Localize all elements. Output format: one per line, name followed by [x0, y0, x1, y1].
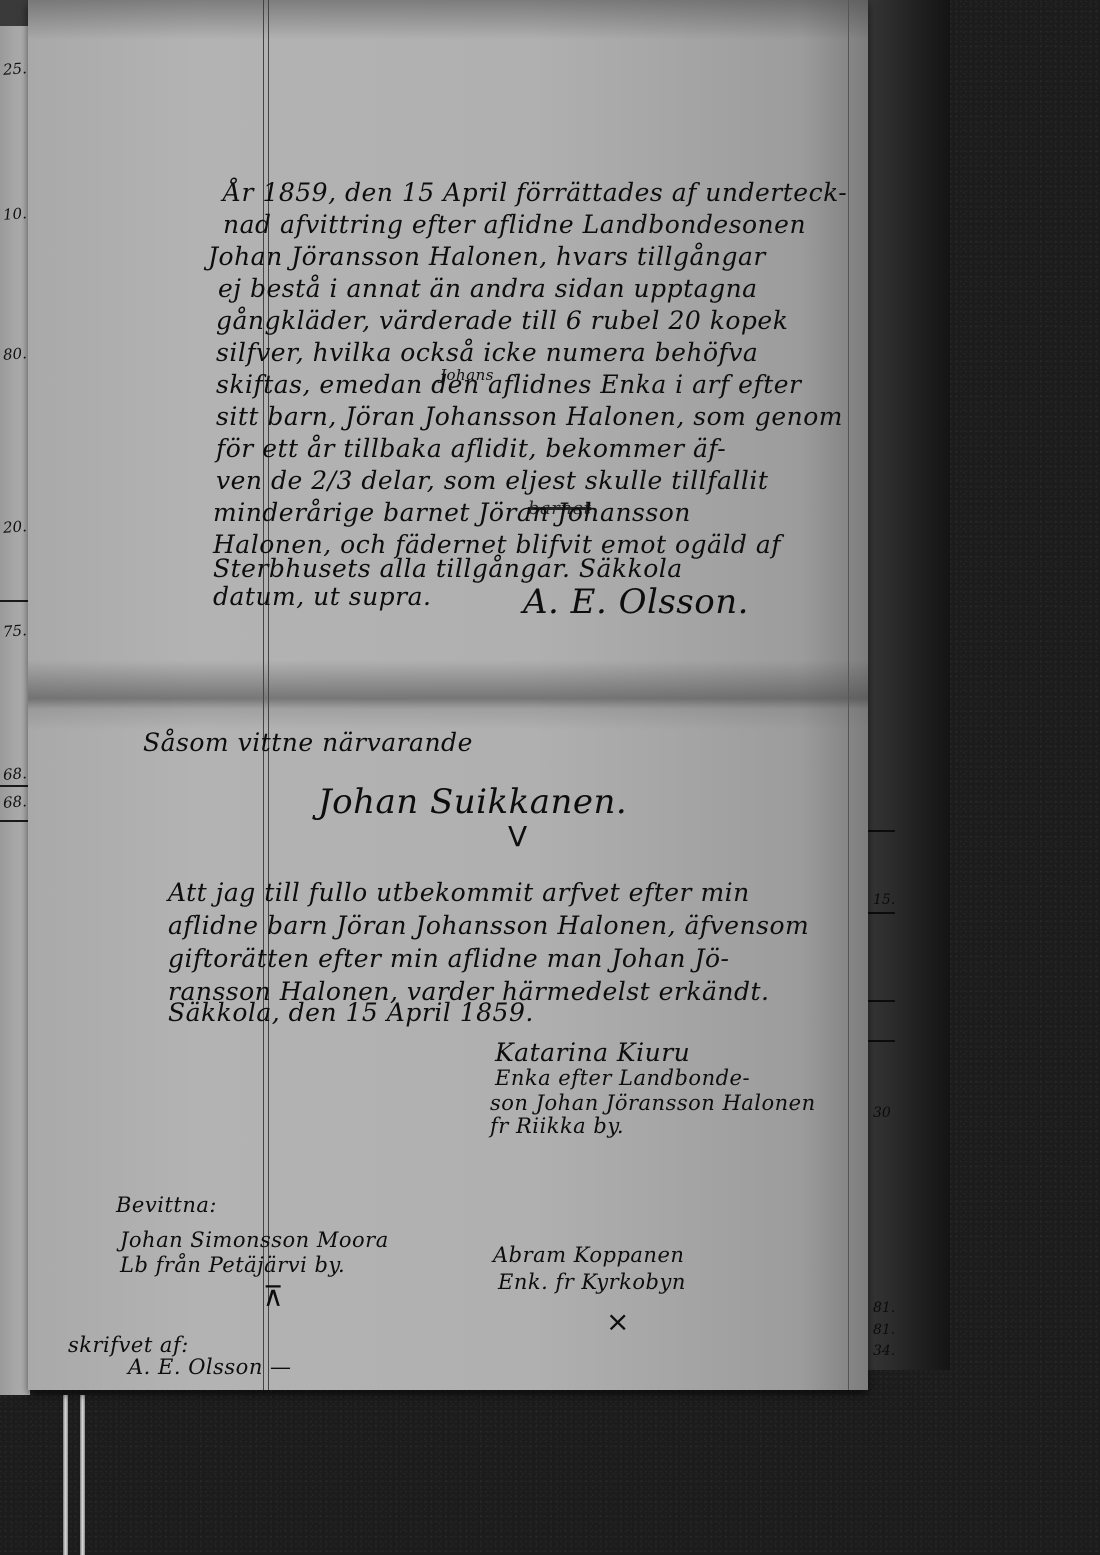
edge-tick	[865, 1040, 895, 1042]
edge-tick	[865, 1000, 895, 1002]
receipt-line: giftorätten efter min aflidne man Johan …	[168, 946, 729, 971]
ledger-top-block	[0, 0, 30, 26]
witness-line: Såsom vittne närvarande	[143, 730, 473, 755]
witness-mark: V	[508, 820, 527, 853]
clerk-signature: A. E. Olsson.	[523, 585, 749, 619]
signatory-line: Katarina Kiuru	[495, 1040, 690, 1065]
edge-tick	[865, 830, 895, 832]
interlinear-insert: Johans	[440, 368, 494, 383]
edge-tick	[865, 912, 895, 914]
margin-number: 68.	[2, 792, 27, 812]
ledger-rule	[0, 820, 30, 822]
witness-1-line: Johan Simonsson Moora	[120, 1230, 389, 1251]
struck-word: barnet	[528, 500, 591, 518]
entry-line: silfver, hvilka också icke numera behöfv…	[216, 340, 758, 365]
entry-line: datum, ut supra.	[213, 584, 432, 609]
entry-line: Johan Jöransson Halonen, hvars tillgånga…	[208, 244, 766, 269]
witness-2-line: Abram Koppanen	[493, 1245, 684, 1266]
witness-1-line: Lb från Petäjärvi by.	[120, 1255, 345, 1276]
page-right-rule	[848, 0, 849, 1390]
signatory-line: fr Riikka by.	[490, 1116, 624, 1137]
margin-number: 68.	[2, 764, 27, 784]
witnesses-heading: Bevittna:	[116, 1195, 217, 1216]
signatory-line: son Johan Jöransson Halonen	[490, 1093, 816, 1114]
page-fold-shadow	[28, 660, 868, 730]
copy-note-line: A. E. Olsson —	[128, 1357, 292, 1378]
entry-line: Sterbhusets alla tillgångar. Säkkola	[213, 556, 683, 581]
entry-line: ej bestå i annat än andra sidan upptagna	[218, 276, 758, 301]
signatory-line: Enka efter Landbonde-	[495, 1068, 750, 1089]
edge-number: 81.	[873, 1322, 895, 1338]
entry-line: minderårige barnet Jöran Johansson	[213, 500, 691, 525]
entry-line: för ett år tillbaka aflidit, bekommer äf…	[216, 436, 726, 461]
witness-1-mark: ⊼	[263, 1280, 284, 1313]
margin-number: 10.	[2, 204, 27, 224]
page-margin-rule	[263, 0, 269, 1390]
edge-number: 15.	[873, 892, 895, 908]
edge-number: 30	[873, 1105, 891, 1121]
margin-number: 75.	[2, 621, 27, 641]
underlying-pages-edge: 15. 30 81. 81. 34.	[855, 0, 950, 1370]
ledger-rule	[0, 785, 30, 787]
entry-line: sitt barn, Jöran Johansson Halonen, som …	[216, 404, 843, 429]
witness-signature: Johan Suikkanen.	[318, 785, 627, 819]
entry-line: ven de 2/3 delar, som eljest skulle till…	[216, 468, 768, 493]
entry-line: skiftas, emedan den aflidnes Enka i arf …	[216, 372, 802, 397]
entry-line: gångkläder, värderade till 6 rubel 20 ko…	[216, 308, 788, 333]
witness-2-mark: ×	[606, 1305, 629, 1338]
binding-pin	[80, 1395, 85, 1555]
edge-number: 34.	[873, 1343, 895, 1359]
entry-line: nad afvittring efter aflidne Landbondeso…	[223, 212, 806, 237]
receipt-line: aflidne barn Jöran Johansson Halonen, äf…	[168, 913, 809, 938]
entry-line: År 1859, den 15 April förrättades af und…	[223, 180, 847, 205]
receipt-line: Säkkola, den 15 April 1859.	[168, 1000, 534, 1025]
copy-note-line: skrifvet af:	[68, 1335, 189, 1356]
edge-number: 81.	[873, 1300, 895, 1316]
margin-number: 80.	[2, 344, 27, 364]
binding-pin	[63, 1395, 68, 1555]
witness-2-line: Enk. fr Kyrkobyn	[498, 1272, 686, 1293]
ledger-rule	[0, 600, 30, 602]
document-page: År 1859, den 15 April förrättades af und…	[28, 0, 868, 1390]
margin-number: 20.	[2, 517, 27, 537]
margin-number: 25.	[2, 59, 27, 79]
receipt-line: Att jag till fullo utbekommit arfvet eft…	[168, 880, 750, 905]
